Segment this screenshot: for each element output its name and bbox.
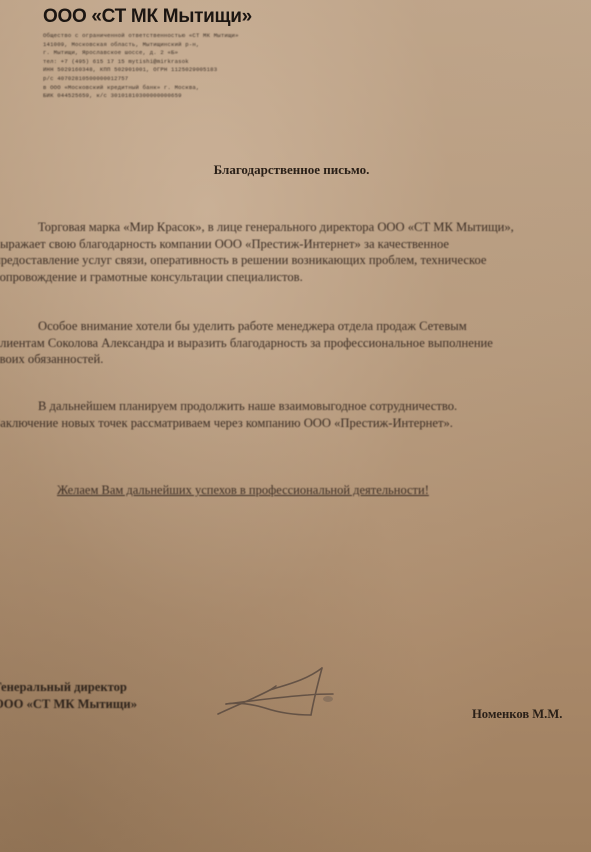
paragraph-line: Заключение новых точек рассматриваем чер…: [0, 415, 578, 432]
requisites-line: в ООО «Московский кредитный банк» г. Мос…: [43, 84, 268, 93]
requisites-line: тел: +7 (495) 615 17 15 mytishi@mirkraso…: [43, 58, 268, 67]
letter-page: ООО «СТ МК Мытищи» Общество с ограниченн…: [0, 0, 591, 852]
closing-wish: Желаем Вам дальнейших успехов в професси…: [57, 483, 429, 498]
requisites-line: ИНН 5029160348, КПП 502901001, ОГРН 1125…: [43, 66, 268, 75]
handwritten-signature-icon: [210, 663, 350, 733]
paragraph-line: В дальнейшем планируем продолжить наше в…: [0, 398, 578, 415]
requisites-line: Общество с ограниченной ответственностью…: [43, 32, 268, 41]
company-name: ООО «СТ МК Мытищи»: [43, 6, 268, 28]
signer-position: Генеральный директор ООО «СТ МК Мытищи»: [0, 679, 137, 713]
paragraph-line: своих обязанностей.: [0, 351, 578, 368]
paragraph-line: сопровождение и грамотные консультации с…: [0, 269, 578, 286]
letter-title: Благодарственное письмо.: [0, 162, 591, 178]
company-requisites: Общество с ограниченной ответственностью…: [43, 32, 268, 101]
signer-position-line: Генеральный директор: [0, 679, 137, 696]
paragraph-line: клиентам Соколова Александра и выразить …: [0, 335, 578, 352]
paragraph-line: выражает свою благодарность компании ООО…: [0, 236, 578, 253]
requisites-line: 141009, Московская область, Мытищинский …: [43, 41, 268, 50]
letter-title-text: Благодарственное письмо.: [214, 162, 370, 177]
paragraph-line: предоставление услуг связи, оперативност…: [0, 252, 578, 269]
requisites-line: БИК 044525659, к/с 30101810300000000659: [43, 92, 268, 101]
requisites-line: р/с 40702810500000012757: [43, 75, 268, 84]
letterhead: ООО «СТ МК Мытищи» Общество с ограниченн…: [43, 6, 268, 101]
paragraph-gratitude: Торговая марка «Мир Красок», в лице гене…: [0, 219, 578, 285]
paragraph-line: Особое внимание хотели бы уделить работе…: [0, 318, 578, 335]
signer-name: Номенков М.М.: [472, 707, 562, 722]
requisites-line: г. Мытищи, Ярославское шоссе, д. 2 «Б»: [43, 49, 268, 58]
paragraph-future: В дальнейшем планируем продолжить наше в…: [0, 398, 578, 431]
signer-position-line: ООО «СТ МК Мытищи»: [0, 696, 137, 713]
paragraph-line: Торговая марка «Мир Красок», в лице гене…: [0, 219, 578, 236]
paragraph-manager: Особое внимание хотели бы уделить работе…: [0, 318, 578, 368]
